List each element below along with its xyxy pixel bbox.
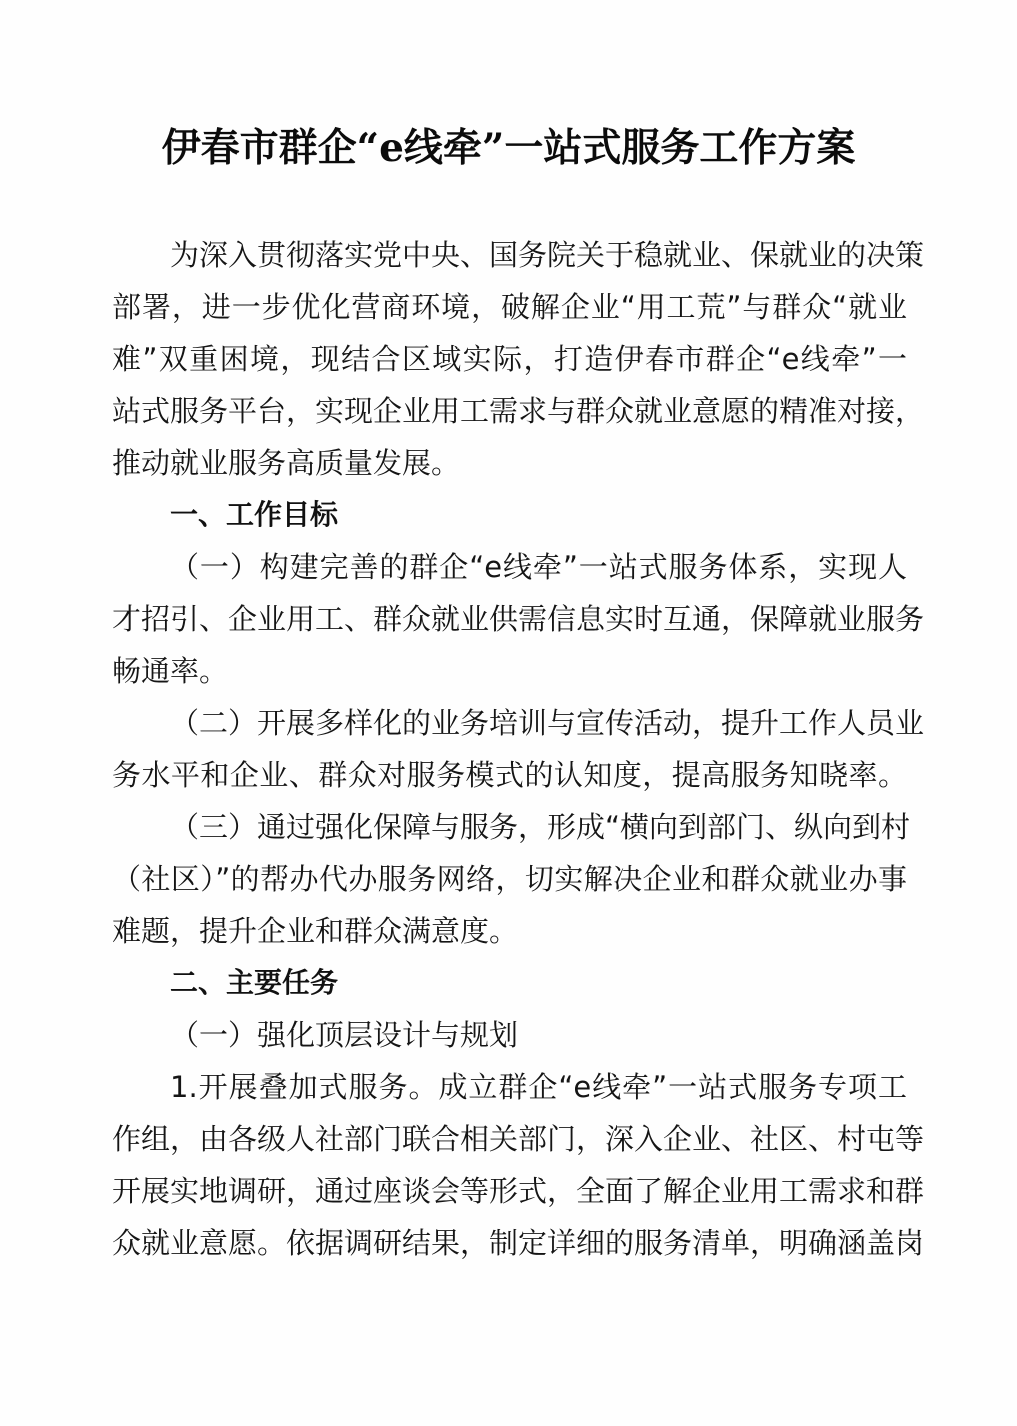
goal-3-line-2: （社区）”的帮办代办服务网络，切实解决企业和群众就业办事 bbox=[112, 859, 907, 899]
document-page: 伊春市群企“e线牵”一站式服务工作方案 为深入贯彻落实党中央、国务院关于稳就业、… bbox=[0, 0, 1017, 1426]
goal-3-line-3: 难题，提升企业和群众满意度。 bbox=[112, 911, 907, 951]
task-1-line-1: 1.开展叠加式服务。成立群企“e线牵”一站式服务专项工 bbox=[170, 1067, 907, 1107]
goal-1-line-3: 畅通率。 bbox=[112, 651, 907, 691]
document-title: 伊春市群企“e线牵”一站式服务工作方案 bbox=[0, 118, 1017, 178]
intro-line-4: 站式服务平台，实现企业用工需求与群众就业意愿的精准对接， bbox=[112, 391, 907, 431]
goal-2-line-1: （二）开展多样化的业务培训与宣传活动，提升工作人员业 bbox=[170, 703, 907, 743]
task-1-line-2: 作组，由各级人社部门联合相关部门，深入企业、社区、村屯等 bbox=[112, 1119, 907, 1159]
intro-line-3: 难”双重困境，现结合区域实际，打造伊春市群企“e线牵”一 bbox=[112, 339, 907, 379]
intro-line-2: 部署，进一步优化营商环境，破解企业“用工荒”与群众“就业 bbox=[112, 287, 907, 327]
goal-1-line-1: （一）构建完善的群企“e线牵”一站式服务体系，实现人 bbox=[170, 547, 907, 587]
section-heading-goals: 一、工作目标 bbox=[170, 495, 907, 535]
goal-1-line-2: 才招引、企业用工、群众就业供需信息实时互通，保障就业服务 bbox=[112, 599, 907, 639]
intro-line-1: 为深入贯彻落实党中央、国务院关于稳就业、保就业的决策 bbox=[170, 235, 907, 275]
subheading-top-level-design: （一）强化顶层设计与规划 bbox=[170, 1015, 907, 1055]
goal-2-line-2: 务水平和企业、群众对服务模式的认知度，提高服务知晓率。 bbox=[112, 755, 907, 795]
goal-3-line-1: （三）通过强化保障与服务，形成“横向到部门、纵向到村 bbox=[170, 807, 907, 847]
intro-line-5: 推动就业服务高质量发展。 bbox=[112, 443, 907, 483]
task-1-line-3: 开展实地调研，通过座谈会等形式，全面了解企业用工需求和群 bbox=[112, 1171, 907, 1211]
section-heading-tasks: 二、主要任务 bbox=[170, 963, 907, 1003]
task-1-line-4: 众就业意愿。依据调研结果，制定详细的服务清单，明确涵盖岗 bbox=[112, 1223, 907, 1263]
